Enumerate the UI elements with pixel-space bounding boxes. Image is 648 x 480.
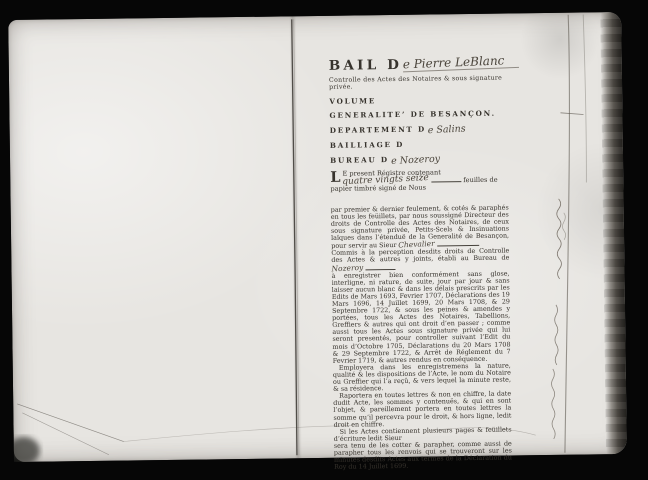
bureau-line: BUREAU De Nozeroy xyxy=(330,153,508,166)
corner-shadow-smudge xyxy=(8,437,40,462)
commis-name-handwritten: Chevalier xyxy=(398,240,435,249)
printed-form: BAIL De Pierre LeBlanc Controlle des Act… xyxy=(329,53,512,472)
marginalia-scribble-4 xyxy=(551,369,555,439)
departement-label: DEPARTEMENT D xyxy=(330,125,426,135)
register-declaration: LE present Régistre contenant quatre vin… xyxy=(330,169,508,194)
ruled-dash xyxy=(365,266,395,270)
crease-line-1 xyxy=(17,403,124,443)
paragraph-5: Raportera en toutes lettres & non en chi… xyxy=(333,391,511,429)
bureau-label: BUREAU D xyxy=(330,155,389,165)
marginalia-scribble-3 xyxy=(554,305,558,365)
right-fold-line-2 xyxy=(583,14,587,182)
paragraph-2: Commis à la perception desdits droits de… xyxy=(331,248,509,273)
marginalia-scribble-1 xyxy=(557,199,562,279)
paragraph-7: sera tenu de les cotter & parapher, comm… xyxy=(334,440,512,471)
departement-handwritten: e Salins xyxy=(428,123,466,136)
scanned-register-photo: BAIL De Pierre LeBlanc Controlle des Act… xyxy=(0,0,648,480)
paragraph-1: par premier & dernier feulement, & cotés… xyxy=(331,204,510,250)
right-fold-line xyxy=(559,15,574,453)
bailliage-label: BAILLIAGE D xyxy=(330,139,508,150)
subtitle: Controlle des Actes des Notaires & sous … xyxy=(329,75,507,91)
title-printed: BAIL D xyxy=(329,57,403,74)
bureau-handwritten: e Nozeroy xyxy=(391,154,440,167)
title-handwritten-name: e Pierre LeBlanc xyxy=(403,53,519,73)
volume-label: VOLUME xyxy=(329,95,507,106)
bureau-name-handwritten: Nozeroy xyxy=(331,263,363,272)
paragraph-3: à enregistrer bien conformément sans glo… xyxy=(332,270,511,365)
dropcap-letter: L xyxy=(330,171,340,184)
departement-line: DEPARTEMENT De Salins xyxy=(330,123,508,136)
open-register-spread: BAIL De Pierre LeBlanc Controlle des Act… xyxy=(8,12,627,462)
document-title: BAIL De Pierre LeBlanc xyxy=(329,53,507,74)
creases-marginalia-overlay xyxy=(8,12,627,462)
printed-conditions: par premier & dernier feulement, & cotés… xyxy=(331,204,512,471)
marginalia-scribble-2 xyxy=(562,213,565,240)
ruled-dash xyxy=(431,178,461,182)
center-fold xyxy=(289,16,302,458)
page-stack-edge xyxy=(600,12,627,454)
paragraph-2-text: Commis à la perception desdits droits de… xyxy=(331,247,509,264)
generalite-label: GENERALITE’ DE BESANÇON. xyxy=(329,109,507,120)
margin-tick xyxy=(560,113,583,115)
crease-line-2 xyxy=(22,412,109,456)
crease-line-3 xyxy=(124,426,354,442)
paragraph-4: Employera dans les enregistremens la nat… xyxy=(333,362,511,393)
